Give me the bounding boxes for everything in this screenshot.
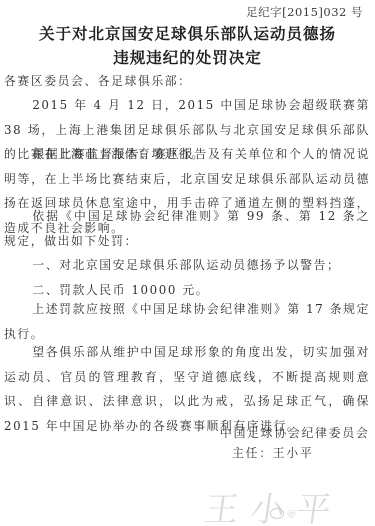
- document-title-line1: 关于对北京国安足球俱乐部队运动员德扬: [0, 22, 375, 44]
- salutation: 各赛区委员会、各足球俱乐部：: [4, 69, 370, 94]
- weibo-watermark: @: [270, 508, 296, 519]
- paragraph-basis: 依据《中国足球协会纪律准则》第 99 条、第 12 条之规定，做出如下处罚：: [4, 204, 370, 253]
- paragraph-fine-execution: 上述罚款应按照《中国足球协会纪律准则》第 17 条规定执行。: [4, 297, 370, 346]
- handwritten-signature: 王小平: [202, 482, 347, 526]
- penalty-item-1: 一、对北京国安足球俱乐部队运动员德扬予以警告；: [4, 253, 370, 278]
- signature-director: 主任：王小平: [232, 444, 314, 461]
- document-number: 足纪字[2015]032 号: [246, 4, 363, 20]
- weibo-icon: [270, 508, 284, 519]
- watermark-text: @: [287, 509, 296, 519]
- signature-organization: 中国足球协会纪律委员会: [220, 424, 370, 441]
- document-title-line2: 违规违纪的处罚决定: [0, 46, 375, 68]
